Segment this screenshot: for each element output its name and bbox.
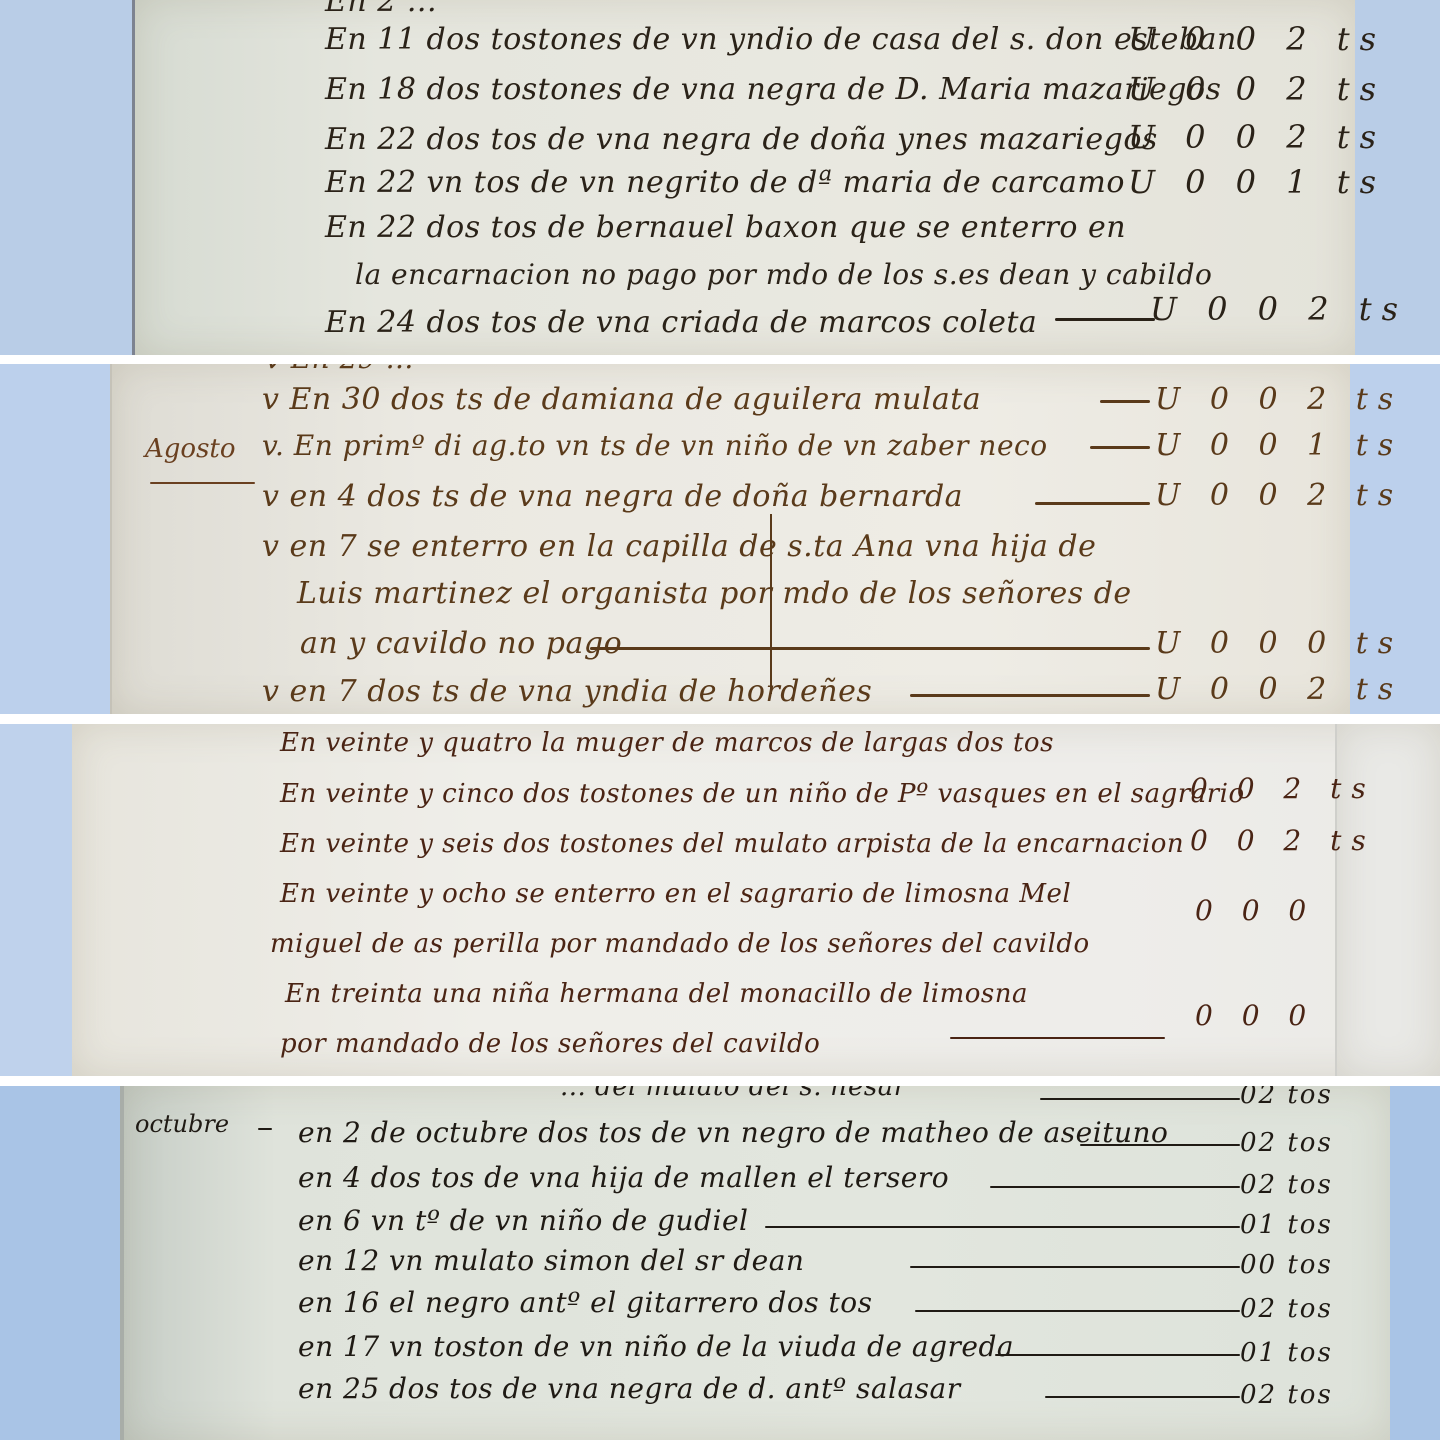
ledger-amount: U 0 0 2 ts	[1128, 20, 1386, 58]
ledger-rule	[1040, 1098, 1240, 1100]
ledger-amount: 02 tos	[1240, 1086, 1333, 1110]
ledger-amount: U 0 0 2 ts	[1155, 478, 1403, 513]
ledger-rule	[590, 647, 1150, 650]
ledger-line: en 16 el negro antº el gitarrero dos tos	[298, 1286, 872, 1319]
ledger-amount: 0 0 0	[1195, 999, 1316, 1032]
ledger-line: En 22 dos tos de bernauel baxon que se e…	[325, 210, 1126, 245]
ledger-rule	[1090, 446, 1150, 449]
ledger-line: v En 29 ...	[265, 364, 414, 375]
ledger-rule	[1055, 318, 1155, 321]
ledger-line: en 6 vn tº de vn niño de gudiel	[298, 1204, 748, 1237]
ledger-amount: U 0 0 2 ts	[1155, 382, 1403, 417]
ledger-rule	[915, 1310, 1240, 1312]
ledger-line: en 4 dos tos de vna hija de mallen el te…	[298, 1161, 949, 1194]
ledger-line: en 12 vn mulato simon del sr dean	[298, 1244, 804, 1277]
ledger-rule	[1045, 1396, 1240, 1398]
ledger-line: la encarnacion no pago por mdo de los s.…	[355, 258, 1212, 291]
ledger-line: v en 7 dos ts de vna yndia de hordeñes	[262, 674, 872, 709]
margin-dash	[258, 1128, 272, 1130]
ledger-amount: U 0 0 0 ts	[1155, 626, 1403, 661]
ledger-line: v En 30 dos ts de damiana de aguilera mu…	[262, 382, 981, 417]
ledger-rule	[950, 1037, 1165, 1039]
ledger-amount: U 0 0 2 ts	[1128, 118, 1386, 156]
ledger-line: en 25 dos tos de vna negra de d. antº sa…	[298, 1372, 961, 1405]
ledger-line: En treinta una niña hermana del monacill…	[285, 979, 1028, 1009]
ledger-rule	[990, 1186, 1240, 1188]
ledger-line: En 11 dos tostones de vn yndio de casa d…	[325, 22, 1237, 57]
ledger-line: En 18 dos tostones de vna negra de D. Ma…	[325, 72, 1221, 107]
ledger-amount: 01 tos	[1240, 1210, 1333, 1240]
ledger-rule	[765, 1226, 1240, 1228]
ledger-amount: 01 tos	[1240, 1338, 1333, 1368]
ledger-line: En veinte y quatro la muger de marcos de…	[280, 728, 1054, 758]
ledger-amount: U 0 0 2 ts	[1128, 70, 1386, 108]
ledger-amount: 02 tos	[1240, 1128, 1333, 1158]
ledger-line: En veinte y ocho se enterro en el sagrar…	[280, 879, 1071, 909]
ledger-amount: U 0 0 1 ts	[1128, 163, 1386, 201]
ledger-line: en 17 vn toston de vn niño de la viuda d…	[298, 1330, 1014, 1363]
ledger-line: ... del mulato del s. hesar	[560, 1086, 907, 1102]
ledger-line: En 2 ...	[325, 0, 437, 19]
ledger-line: v en 7 se enterro en la capilla de s.ta …	[262, 529, 1096, 564]
ledger-line: an y cavildo no pago	[300, 626, 622, 661]
ledger-amount: 0 0 0	[1195, 894, 1316, 927]
manuscript-strip-1: En 2 ... En 11 dos tostones de vn yndio …	[0, 0, 1440, 355]
ledger-line: Luis martinez el organista por mdo de lo…	[297, 576, 1132, 611]
ledger-amount: 0 0 2 ts	[1190, 772, 1376, 805]
ledger-rule	[1035, 502, 1150, 505]
ledger-amount: 0 0 2 ts	[1190, 824, 1376, 857]
ledger-amount: U 0 0 2 ts	[1150, 290, 1408, 328]
ledger-amount: 02 tos	[1240, 1170, 1333, 1200]
ledger-line: En veinte y cinco dos tostones de un niñ…	[280, 779, 1245, 809]
ledger-amount: 00 tos	[1240, 1250, 1333, 1280]
margin-note-month: Agosto	[145, 434, 236, 464]
ledger-rule	[910, 1266, 1240, 1268]
ledger-rule	[1100, 400, 1150, 403]
ledger-rule	[1080, 1144, 1240, 1146]
ledger-amount: 02 tos	[1240, 1380, 1333, 1410]
ledger-line: v en 4 dos ts de vna negra de doña berna…	[262, 479, 963, 514]
ledger-amount: 02 tos	[1240, 1294, 1333, 1324]
ledger-line: en 2 de octubre dos tos de vn negro de m…	[298, 1116, 1168, 1149]
ledger-line: En 22 dos tos de vna negra de doña ynes …	[325, 122, 1158, 157]
manuscript-strip-4: octubre ... del mulato del s. hesar 02 t…	[0, 1086, 1440, 1440]
ledger-rule	[910, 694, 1150, 697]
ledger-line: miguel de as perilla por mandado de los …	[270, 929, 1090, 959]
ledger-line: En 24 dos tos de vna criada de marcos co…	[325, 305, 1037, 340]
ledger-line: En veinte y seis dos tostones del mulato…	[280, 829, 1184, 859]
ledger-line: v. En primº di ag.to vn ts de vn niño de…	[262, 429, 1048, 462]
manuscript-strip-3: En veinte y quatro la muger de marcos de…	[0, 724, 1440, 1076]
ledger-line: En 22 vn tos de vn negrito de dª maria d…	[325, 165, 1125, 200]
margin-note-month: octubre	[135, 1110, 229, 1138]
ledger-line: por mandado de los señores del cavildo	[280, 1029, 820, 1059]
ledger-amount: U 0 0 2 ts	[1155, 672, 1403, 707]
manuscript-strip-2: Agosto v En 29 ... v En 30 dos ts de dam…	[0, 364, 1440, 714]
ledger-amount: U 0 0 1 ts	[1155, 428, 1403, 463]
margin-flourish	[150, 482, 255, 484]
ledger-rule	[995, 1354, 1240, 1356]
